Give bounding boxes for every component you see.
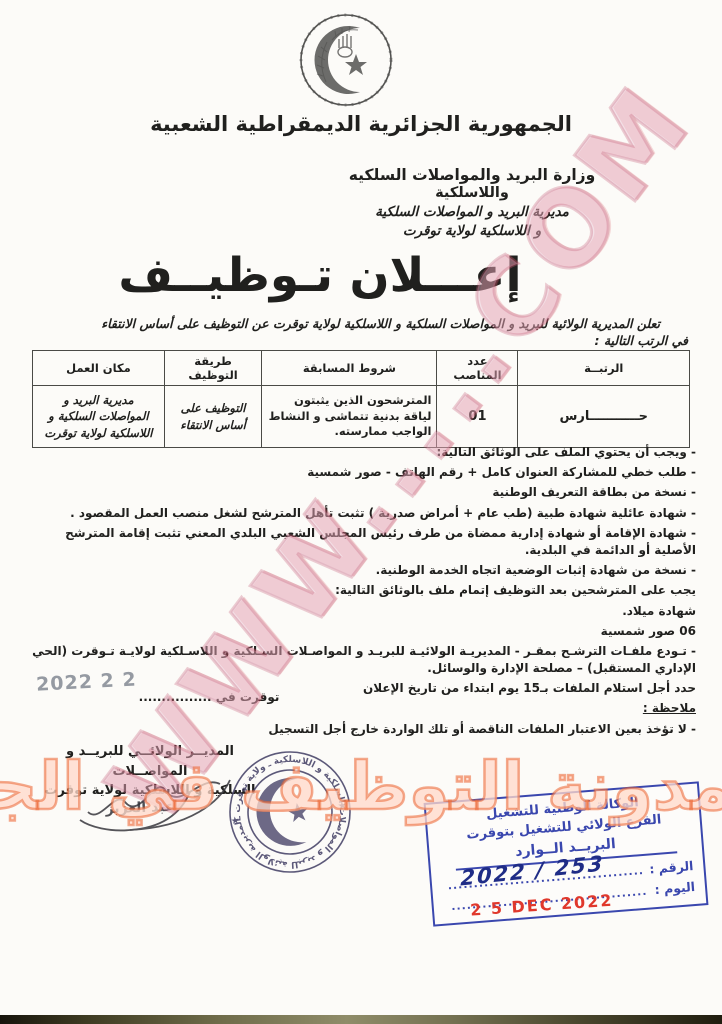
stamp-day-label: اليوم : bbox=[654, 879, 695, 897]
cell-method: التوظيف على أساس الانتقاء bbox=[164, 386, 262, 448]
directorate-name-line2: و اللاسلكية لولاية توقرت bbox=[322, 223, 622, 239]
list-item: يجب على المترشحين بعد التوظيف إتمام ملف … bbox=[26, 582, 696, 599]
algeria-national-emblem-icon bbox=[296, 10, 396, 110]
svg-text:★: ★ bbox=[230, 815, 240, 827]
intro-line1: تعلن المديرية الولائية للبريد و المواصلا… bbox=[30, 316, 688, 333]
cell-rank: حـــــــــــارس bbox=[518, 386, 690, 448]
list-item: - شهادة عائلية شهادة طبية (طب عام + أمرا… bbox=[26, 505, 696, 522]
header-conditions: شروط المسابقة bbox=[262, 351, 437, 386]
list-item: - شهادة الإقامة أو شهادة إدارية ممضاة من… bbox=[26, 525, 696, 559]
header-method: طريقة التوظيف bbox=[164, 351, 262, 386]
scan-edge-strip bbox=[0, 1015, 722, 1024]
intro-line2: في الرتب التالية : bbox=[30, 333, 688, 350]
note-item: - لا تؤخذ بعين الاعتبار الملفات الناقصة … bbox=[26, 721, 696, 738]
table-header-row: الرتبــة عدد المناصب شروط المسابقة طريقة… bbox=[33, 351, 690, 386]
ministry-name-line1: وزارة البريد والمواصلات السلكيه bbox=[322, 166, 622, 184]
ministry-block: وزارة البريد والمواصلات السلكيه واللاسلك… bbox=[322, 166, 622, 239]
scanned-document-page: الجمهورية الجزائرية الديمقراطية الشعبية … bbox=[0, 0, 722, 1024]
handwritten-year: 2022 bbox=[36, 671, 94, 696]
svg-text:★: ★ bbox=[337, 800, 347, 812]
republic-title: الجمهورية الجزائرية الديمقراطية الشعبية bbox=[0, 112, 722, 136]
handwritten-day: 2 2 bbox=[100, 669, 137, 693]
announcement-title: إعـــلان تـوظيــف bbox=[0, 248, 640, 303]
list-item: 06 صور شمسية bbox=[26, 623, 696, 640]
list-item: - ويجب أن يحتوي الملف على الوثائق التالي… bbox=[26, 444, 696, 461]
intro-paragraph: تعلن المديرية الولائية للبريد و المواصلا… bbox=[30, 316, 688, 350]
list-item: شهادة ميلاد. bbox=[26, 603, 696, 620]
header-positions: عدد المناصب bbox=[437, 351, 518, 386]
cell-location: مديرية البريد و المواصلات السلكية و اللا… bbox=[33, 386, 165, 448]
cell-conditions: المترشحون الذين يثبتون لياقة بدنية تتماش… bbox=[262, 386, 437, 448]
recruitment-table: الرتبــة عدد المناصب شروط المسابقة طريقة… bbox=[32, 350, 690, 448]
ministry-name-line2: واللاسلكية bbox=[322, 185, 622, 201]
table-row: حـــــــــــارس 01 المترشحون الذين يثبتو… bbox=[33, 386, 690, 448]
place-date-line: توقرت في ................ bbox=[104, 690, 314, 704]
list-item: - نسخة من بطاقة التعريف الوطنية bbox=[26, 484, 696, 501]
header-rank: الرتبــة bbox=[518, 351, 690, 386]
list-item: - نسخة من شهادة إثبات الوضعية اتجاه الخد… bbox=[26, 562, 696, 579]
official-round-stamp: المديرية الولائية للبريد و المواصلات الس… bbox=[218, 740, 363, 885]
cell-positions: 01 bbox=[437, 386, 518, 448]
directorate-name-line1: مديرية البريد و المواصلات السلكية bbox=[322, 204, 622, 220]
list-item: - طلب خطي للمشاركة العنوان كامل + رقم ال… bbox=[26, 464, 696, 481]
header-location: مكان العمل bbox=[33, 351, 165, 386]
